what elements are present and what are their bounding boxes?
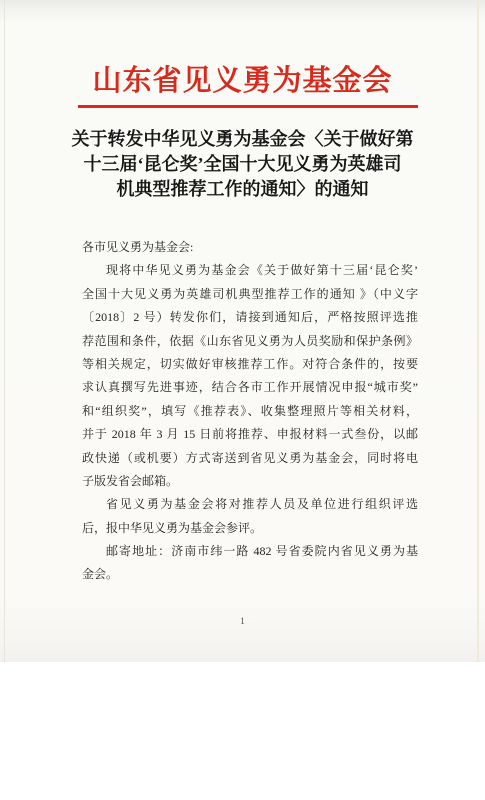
title-line: 十三届‘昆仑奖’全国十大见义勇为英雄司 xyxy=(40,152,445,177)
document-title: 关于转发中华见义勇为基金会〈关于做好第 十三届‘昆仑奖’全国十大见义勇为英雄司 … xyxy=(40,127,445,202)
document-page: 山东省见义勇为基金会 关于转发中华见义勇为基金会〈关于做好第 十三届‘昆仑奖’全… xyxy=(0,0,485,662)
screenshot-canvas: 山东省见义勇为基金会 关于转发中华见义勇为基金会〈关于做好第 十三届‘昆仑奖’全… xyxy=(0,0,485,800)
body-line: 省见义勇为基金会将对推荐人员及单位进行组织评选 xyxy=(82,493,418,516)
masthead-divider xyxy=(78,105,418,108)
body-line: 全国十大见义勇为英雄司机典型推荐工作的通知 》（中义字 xyxy=(82,283,418,306)
scan-edge-right xyxy=(477,0,479,662)
body-line-salutation: 各市见义勇为基金会: xyxy=(82,236,418,259)
body-line: 金会。 xyxy=(82,563,418,586)
body-line: 并于 2018 年 3 月 15 日前将推荐、申报材料一式叁份，以邮 xyxy=(82,423,418,446)
page-number: 1 xyxy=(0,615,485,627)
org-masthead: 山东省见义勇为基金会 xyxy=(0,64,485,98)
body-line: 等相关规定，切实做好审核推荐工作。对符合条件的，按要 xyxy=(82,353,418,376)
body-line: 〔2018〕2 号）转发你们，请接到通知后，严格按照评选推 xyxy=(82,306,418,329)
body-line: 后，报中华见义勇为基金会参评。 xyxy=(82,517,418,540)
body-line: 荐范围和条件，依据《山东省见义勇为人员奖励和保护条例》 xyxy=(82,330,418,353)
body-line: 求认真撰写先进事迹，结合各市工作开展情况申报“城市奖” xyxy=(82,376,418,399)
title-line: 关于转发中华见义勇为基金会〈关于做好第 xyxy=(40,127,445,152)
body-line: 现将中华见义勇为基金会《关于做好第十三届‘昆仑奖’ xyxy=(82,259,418,282)
body-line: 子版发省会邮箱。 xyxy=(82,470,418,493)
body-line: 邮寄地址：济南市纬一路 482 号省委院内省见义勇为基 xyxy=(82,540,418,563)
title-line: 机典型推荐工作的通知〉的通知 xyxy=(40,177,445,202)
scan-edge-left xyxy=(4,0,5,662)
body-line: 和“组织奖”，填写《推荐表》、收集整理照片等相关材料， xyxy=(82,400,418,423)
body-line: 政快递（或机要）方式寄送到省见义勇为基金会，同时将电 xyxy=(82,447,418,470)
document-body: 各市见义勇为基金会: 现将中华见义勇为基金会《关于做好第十三届‘昆仑奖’ 全国十… xyxy=(82,236,418,587)
